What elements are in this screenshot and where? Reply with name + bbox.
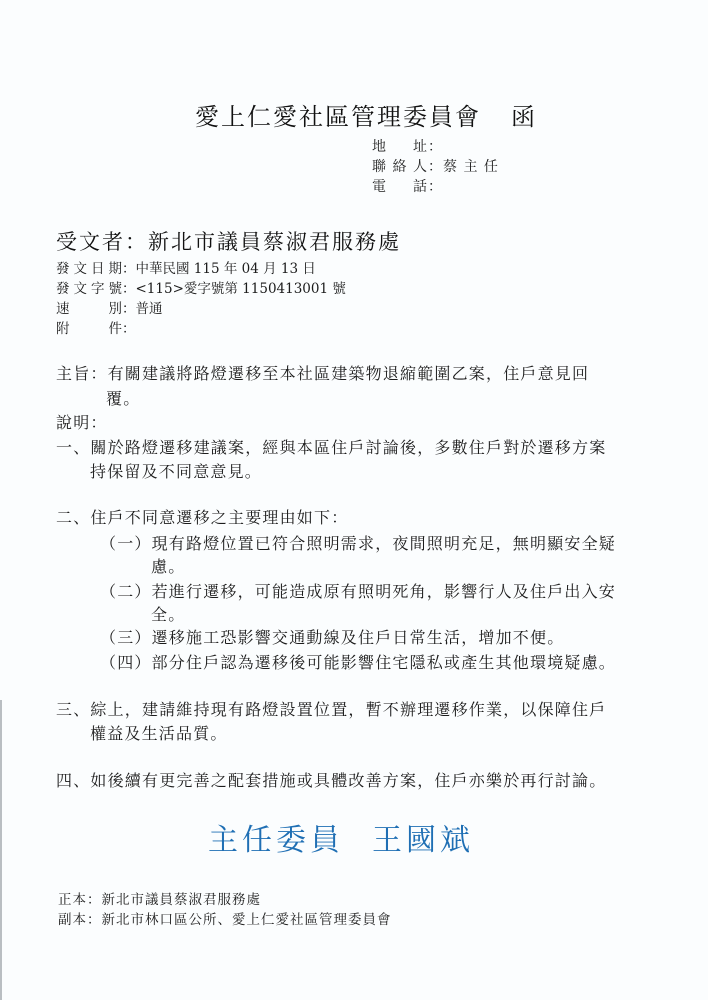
copy-recipients: 副本：新北市林口區公所、愛上仁愛社區管理委員會 xyxy=(58,911,392,930)
meta-ref-value: <115>愛字號第 1150413001 號 xyxy=(136,281,346,297)
subitem-3-num: （三） xyxy=(100,628,152,647)
original-label: 正本： xyxy=(58,892,102,908)
meta-speed-label: 速別 xyxy=(56,300,122,319)
subitem-4: （四）部分住戶認為遷移後可能影響住宅隱私或產生其他環境疑慮。 xyxy=(100,650,616,676)
meta-date: 發文日期：中華民國 115 年 04 月 13 日 xyxy=(56,260,316,279)
copy-value: 新北市林口區公所、愛上仁愛社區管理委員會 xyxy=(102,912,392,928)
subitem-3-text-1: 遷移施工恐影響交通動線及住戶日常生活，增加不便。 xyxy=(152,628,565,647)
item-1: 一、關於路燈遷移建議案，經與本區住戶討論後，多數住戶對於遷移方案 xyxy=(56,435,606,461)
subitem-3: （三）遷移施工恐影響交通動線及住戶日常生活，增加不便。 xyxy=(100,625,564,651)
letter-title: 愛上仁愛社區管理委員會函 xyxy=(195,97,537,132)
recipient: 受文者：新北市議員蔡淑君服務處 xyxy=(56,226,401,256)
meta-speed: 速別：普通 xyxy=(56,300,163,319)
meta-date-label: 發文日期 xyxy=(56,260,122,279)
item-4-text-1: 如後續有更完善之配套措施或具體改善方案，住戶亦樂於再行討論。 xyxy=(90,771,606,790)
contact-person-label: 聯絡人 xyxy=(372,157,428,177)
contact-address-label: 地 址 xyxy=(372,137,428,157)
subject-line1: 主旨：有關建議將路燈遷移至本社區建築物退縮範圍乙案，住戶意見回 xyxy=(56,361,589,387)
meta-ref: 發文字號：<115>愛字號第 1150413001 號 xyxy=(56,280,346,299)
item-2-text-1: 住戶不同意遷移之主要理由如下： xyxy=(90,508,348,527)
recipient-value: 新北市議員蔡淑君服務處 xyxy=(148,230,401,254)
contact-address: 地 址： xyxy=(372,137,443,157)
item-1-line2: 持保留及不同意意見。 xyxy=(90,459,262,485)
item-1-num: 一、 xyxy=(56,438,90,457)
item-4: 四、如後續有更完善之配套措施或具體改善方案，住戶亦樂於再行討論。 xyxy=(56,768,606,794)
subject-text-1: 有關建議將路燈遷移至本社區建築物退縮範圍乙案，住戶意見回 xyxy=(108,364,590,383)
subitem-2-num: （二） xyxy=(100,582,152,601)
meta-attachment: 附件： xyxy=(56,320,136,339)
signature-name: 王國斌 xyxy=(372,823,474,858)
item-3-text-1: 綜上，建請維持現有路燈設置位置，暫不辦理遷移作業，以保障住戶 xyxy=(90,700,606,719)
subject-line2: 覆。 xyxy=(106,386,140,412)
signature-title: 主任委員 xyxy=(208,823,344,858)
item-1-text-1: 關於路燈遷移建議案，經與本區住戶討論後，多數住戶對於遷移方案 xyxy=(90,438,606,457)
contact-phone-label: 電 話 xyxy=(372,177,428,197)
item-2: 二、住戶不同意遷移之主要理由如下： xyxy=(56,505,348,531)
subitem-4-num: （四） xyxy=(100,653,152,672)
item-3-num: 三、 xyxy=(56,700,90,719)
subitem-1-num: （一） xyxy=(100,534,152,553)
subitem-1-line2: 慮。 xyxy=(151,554,185,580)
item-2-num: 二、 xyxy=(56,508,90,527)
subitem-4-text-1: 部分住戶認為遷移後可能影響住宅隱私或產生其他環境疑慮。 xyxy=(152,653,616,672)
recipient-label: 受文者 xyxy=(56,230,125,254)
meta-ref-label: 發文字號 xyxy=(56,280,122,299)
org-title: 愛上仁愛社區管理委員會 xyxy=(195,103,481,131)
doc-type: 函 xyxy=(511,103,537,131)
scan-edge-line xyxy=(0,700,2,1000)
item-3: 三、綜上，建請維持現有路燈設置位置，暫不辦理遷移作業，以保障住戶 xyxy=(56,697,606,723)
meta-speed-value: 普通 xyxy=(136,301,163,317)
subitem-1-text-1: 現有路燈位置已符合照明需求，夜間照明充足，無明顯安全疑 xyxy=(152,534,616,553)
original-value: 新北市議員蔡淑君服務處 xyxy=(102,892,262,908)
explain-label: 說明： xyxy=(56,410,108,436)
contact-person-value: 蔡 主 任 xyxy=(443,159,499,175)
contact-person: 聯絡人：蔡 主 任 xyxy=(372,157,499,177)
item-3-line2: 權益及生活品質。 xyxy=(90,721,228,747)
subitem-2-text-1: 若進行遷移，可能造成原有照明死角，影響行人及住戶出入安 xyxy=(152,582,616,601)
item-4-num: 四、 xyxy=(56,771,90,790)
subject-label: 主旨： xyxy=(56,364,108,383)
meta-attachment-label: 附件 xyxy=(56,320,122,339)
copy-label: 副本： xyxy=(58,912,102,928)
signature-stamp: 主任委員王國斌 xyxy=(208,815,474,859)
meta-date-value: 中華民國 115 年 04 月 13 日 xyxy=(136,261,316,277)
original-recipient: 正本：新北市議員蔡淑君服務處 xyxy=(58,891,261,910)
contact-phone: 電 話： xyxy=(372,177,443,197)
